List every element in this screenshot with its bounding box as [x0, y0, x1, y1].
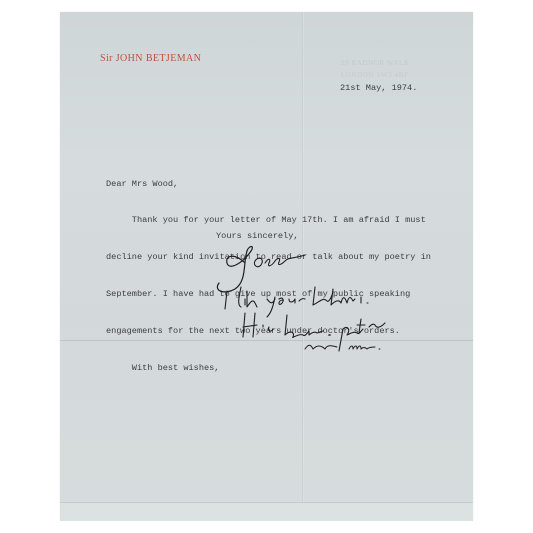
photo-stage: Sir JOHN BETJEMAN 29 Radnor Walk London … — [0, 0, 533, 533]
body-line: Thank you for your letter of May 17th. I… — [106, 214, 431, 226]
letterhead-address: 29 Radnor Walk London SW3 4BP — [341, 57, 410, 81]
body-line: With best wishes, — [106, 362, 431, 374]
salutation: Dear Mrs Wood, — [106, 178, 431, 190]
letterhead-name: Sir JOHN BETJEMAN — [100, 53, 201, 64]
paper-bottom-fold — [60, 502, 473, 521]
signature-stroke — [217, 247, 252, 292]
handwriting-strokes — [205, 241, 445, 361]
letter-date: 21st May, 1974. — [340, 82, 417, 94]
address-line: 29 Radnor Walk — [341, 57, 410, 69]
address-line: London SW3 4BP — [341, 69, 410, 81]
handwritten-note: John I like your handwriting. It is bett… — [205, 241, 445, 361]
letter-paper: Sir JOHN BETJEMAN 29 Radnor Walk London … — [60, 12, 473, 520]
